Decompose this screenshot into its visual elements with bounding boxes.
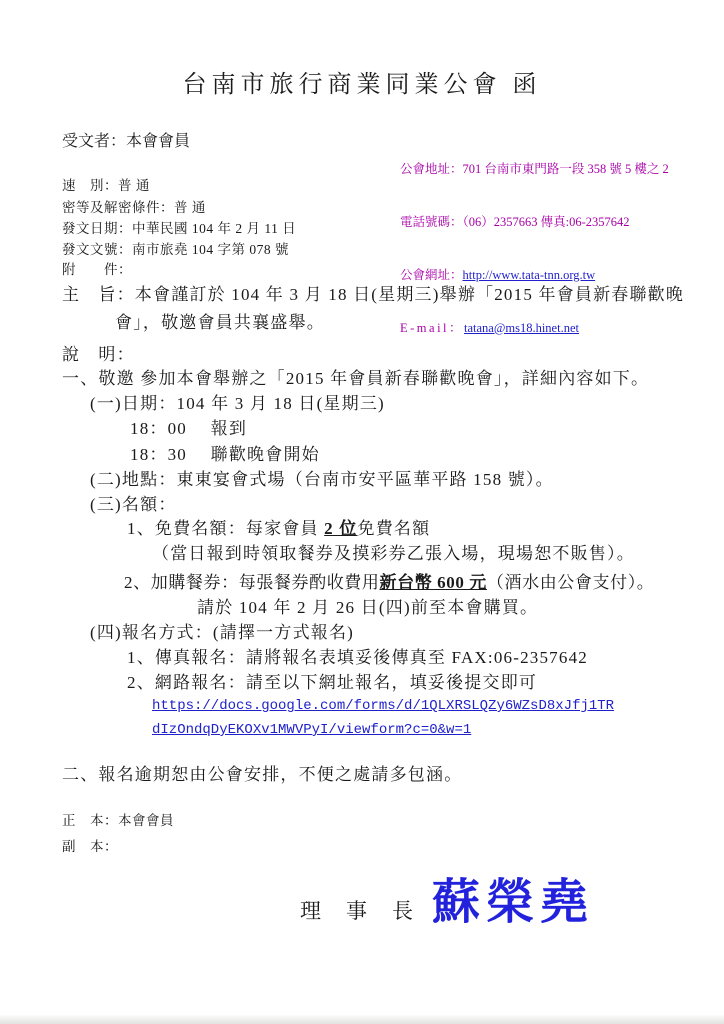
website-link[interactable]: http://www.tata-tnn.org.tw — [463, 268, 596, 282]
copy-original-line: 正 本：本會會員 — [62, 813, 174, 830]
form-url-line2[interactable]: dIzOndqDyEKOXv1MWVPyI/viewform?c=0&w=1 — [152, 722, 471, 740]
chairman-signature: 蘇榮堯 — [432, 872, 594, 932]
register-heading: (四)報名方式：(請擇一方式報名) — [90, 622, 354, 643]
contact-phone-value: （06）2357663 傳真:06-2357642 — [463, 215, 630, 229]
free-quota-line: 1、免費名額：每家會員 2 位免費名額 — [127, 518, 430, 539]
form-url-line1[interactable]: https://docs.google.com/forms/d/1QLXRSLQ… — [152, 698, 614, 716]
item2-line: 二、報名逾期恕由公會安排，不便之處請多包涵。 — [62, 764, 462, 785]
free-quota-prefix: 1、免費名額：每家會員 — [127, 519, 324, 538]
free-quota-note: （當日報到時領取餐券及摸彩券乙張入場，現場恕不販售）。 — [152, 543, 635, 564]
checkin-time-line: 18：00 報到 — [130, 418, 247, 439]
contact-email-label: E-mail： — [400, 321, 464, 335]
subject-line2: 會」，敬邀會員共襄盛舉。 — [115, 312, 325, 333]
location-line: (二)地點：東東宴會式場（台南市安平區華平路 158 號）。 — [90, 469, 554, 490]
attachment-line: 附 件： — [62, 262, 132, 279]
recipient-line: 受文者：本會會員 — [62, 132, 190, 152]
contact-email-row: E-mail：tatana@ms18.hinet.net — [400, 320, 669, 338]
scan-edge-shadow — [0, 1014, 724, 1024]
contact-address-label: 公會地址： — [400, 162, 463, 176]
buy-ticket-price: 新台幣 600 元 — [380, 573, 487, 592]
item1-line: 一、敬邀 參加本會舉辦之「2015 年會員新春聯歡晚會」，詳細內容如下。 — [62, 368, 649, 389]
free-quota-emphasis: 2 位 — [324, 519, 357, 538]
contact-phone-label: 電話號碼： — [400, 215, 463, 229]
security-line: 密等及解密條件：普 通 — [62, 200, 206, 217]
buy-ticket-prefix: 2、加購餐券：每張餐券酌收費用 — [124, 573, 380, 592]
fax-register-line: 1、傳真報名：請將報名表填妥後傳真至 FAX:06-2357642 — [127, 647, 588, 668]
explanation-heading: 說 明： — [62, 344, 135, 365]
contact-address-value: 701 台南市東門路一段 358 號 5 樓之 2 — [463, 162, 669, 176]
quota-heading: (三)名額： — [90, 494, 177, 515]
start-time-line: 18：30 聯歡晚會開始 — [130, 444, 320, 465]
contact-website-row: 公會網址：http://www.tata-tnn.org.tw — [400, 267, 669, 285]
speed-line: 速 別：普 通 — [62, 178, 150, 195]
free-quota-suffix: 免費名額 — [358, 519, 431, 538]
subject-line1: 主 旨：本會謹訂於 104 年 3 月 18 日(星期三)舉辦「2015 年會員… — [62, 284, 684, 305]
document-title: 台南市旅行商業同業公會 函 — [0, 70, 724, 100]
buy-deadline-note: 請於 104 年 2 月 26 日(四)前至本會購買。 — [197, 597, 538, 618]
contact-block: 公會地址：701 台南市東門路一段 358 號 5 樓之 2 電話號碼：（06）… — [400, 126, 669, 372]
letter-page: 台南市旅行商業同業公會 函 受文者：本會會員 公會地址：701 台南市東門路一段… — [0, 0, 724, 1024]
buy-ticket-suffix: （酒水由公會支付）。 — [487, 573, 655, 592]
copy-cc-line: 副 本： — [62, 839, 118, 856]
email-link[interactable]: tatana@ms18.hinet.net — [464, 321, 579, 335]
event-date-line: (一)日期：104 年 3 月 18 日(星期三) — [90, 393, 385, 414]
buy-ticket-line: 2、加購餐券：每張餐券酌收費用新台幣 600 元（酒水由公會支付）。 — [124, 572, 654, 593]
contact-website-label: 公會網址： — [400, 268, 463, 282]
web-register-line: 2、網路報名：請至以下網址報名，填妥後提交即可 — [127, 672, 537, 693]
chairman-title: 理 事 長 — [300, 898, 415, 924]
contact-address-row: 公會地址：701 台南市東門路一段 358 號 5 樓之 2 — [400, 161, 669, 179]
contact-phone-row: 電話號碼：（06）2357663 傳真:06-2357642 — [400, 214, 669, 232]
doc-number-line: 發文文號：南市旅堯 104 字第 078 號 — [62, 242, 289, 259]
issue-date-line: 發文日期：中華民國 104 年 2 月 11 日 — [62, 221, 296, 238]
